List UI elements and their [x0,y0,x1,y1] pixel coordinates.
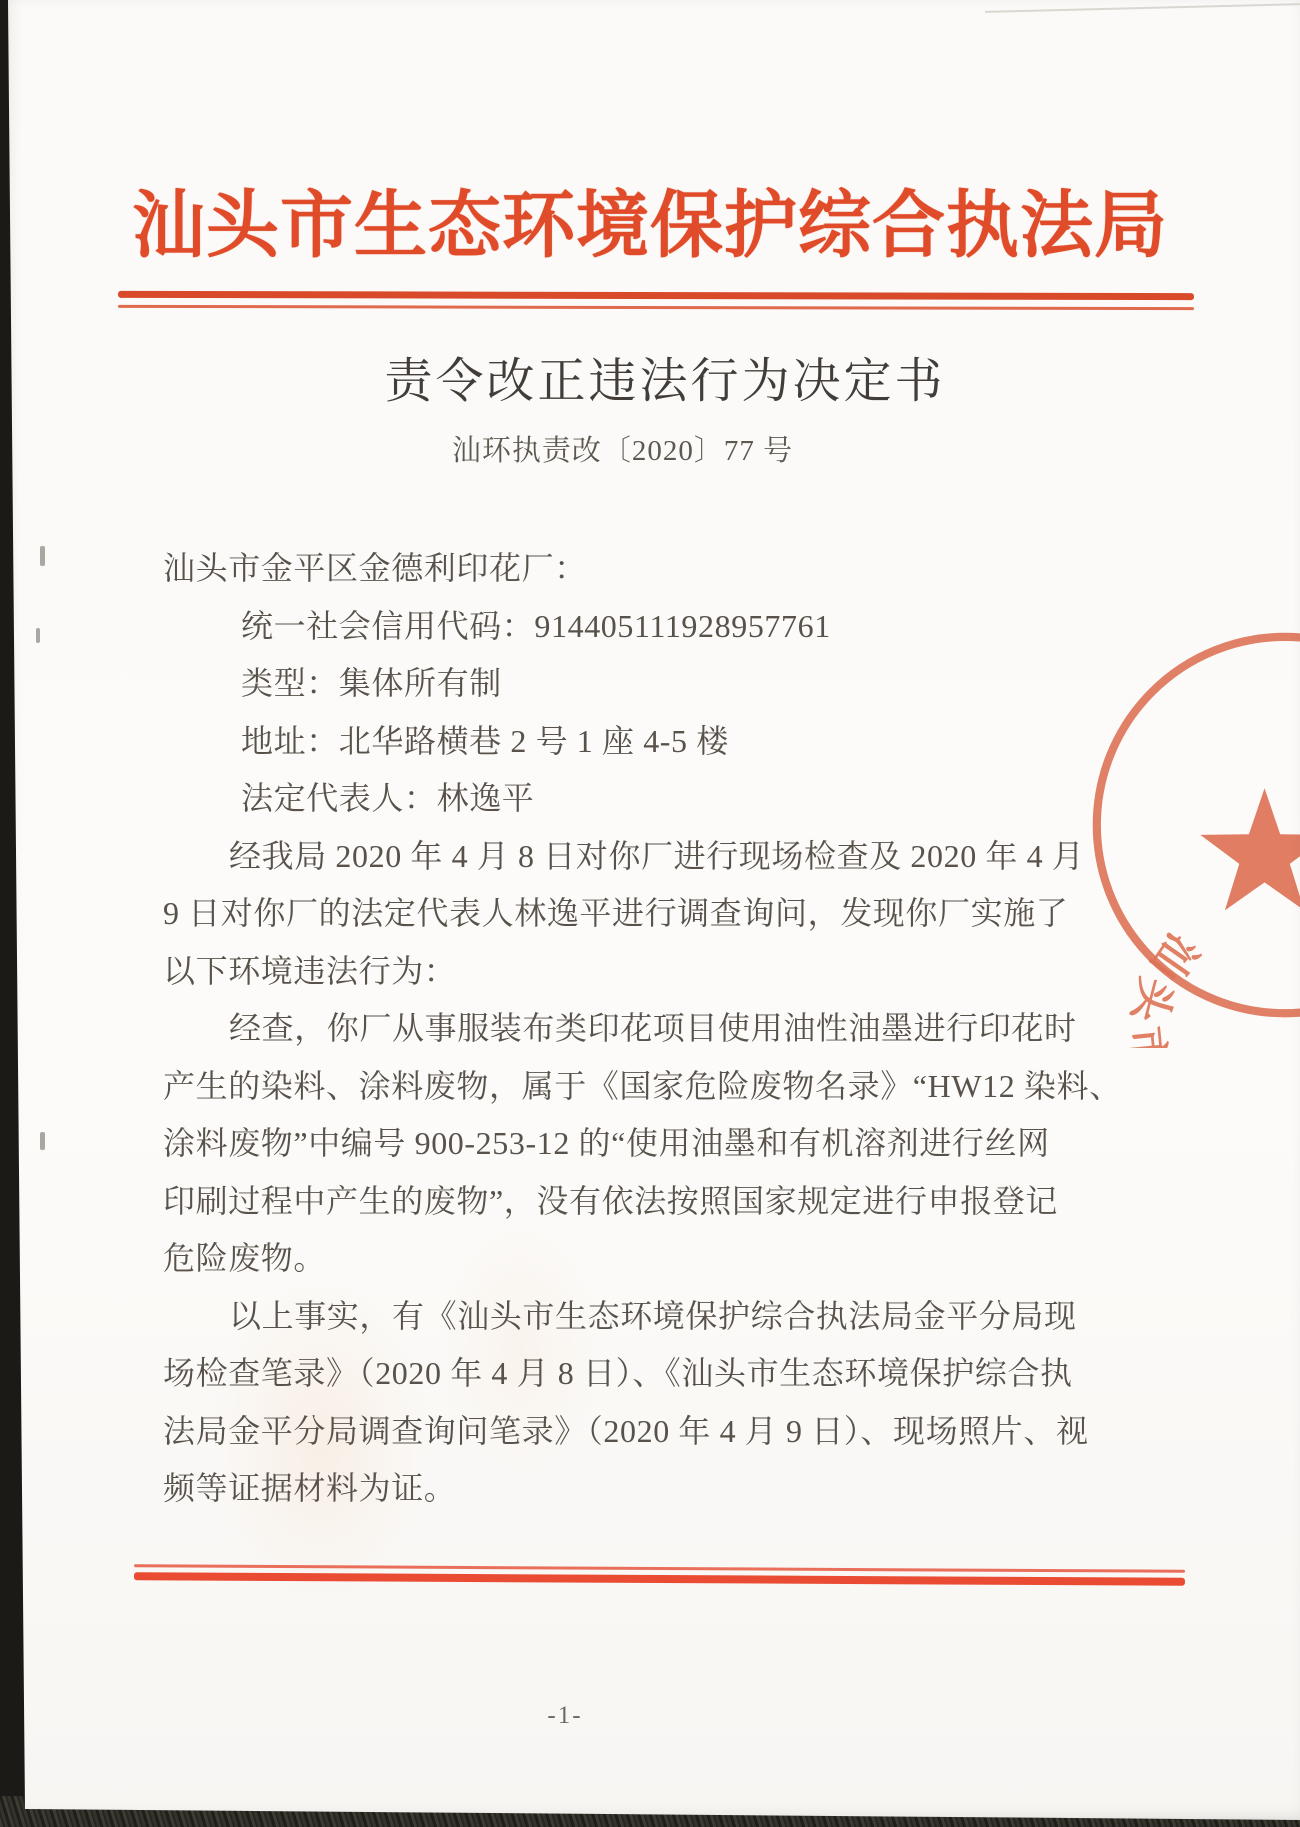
body-line: 以下环境违法行为： [163,943,1138,1001]
body-line: 经查，你厂从事服装布类印花项目使用油性油墨进行印花时 [163,1000,1138,1058]
body-line-address: 地址：北华路横巷 2 号 1 座 4-5 楼 [163,713,1138,771]
page-number: -1- [0,1702,1130,1730]
body-line: 以上事实，有《汕头市生态环境保护综合执法局金平分局现 [163,1288,1138,1346]
body-line: 涂料废物”中编号 900-253-12 的“使用油墨和有机溶剂进行丝网 [163,1115,1138,1173]
body-line: 危险废物。 [163,1230,1138,1288]
document-page: 汕头市生态环境保护综合执法局 责令改正违法行为决定书 汕环执责改〔2020〕77… [0,0,1300,1827]
body-line: 9 日对你厂的法定代表人林逸平进行调查询问，发现你厂实施了 [163,885,1138,943]
paper-edge-artifact [985,3,1300,13]
body-line: 频等证据材料为证。 [163,1460,1138,1518]
footer-rule-thin [134,1564,1185,1573]
body-line-type: 类型：集体所有制 [163,655,1138,713]
body-line-legal-rep: 法定代表人：林逸平 [163,770,1138,828]
body-line: 法局金平分局调查询问笔录》（2020 年 4 月 9 日）、现场照片、视 [163,1403,1138,1461]
header-rule [118,291,1194,310]
body-line: 场检查笔录》（2020 年 4 月 8 日）、《汕头市生态环境保护综合执 [163,1345,1138,1403]
document-title: 责令改正违法行为决定书 [0,342,1300,411]
document-number: 汕环执责改〔2020〕77 号 [0,428,1245,469]
body-line: 产生的染料、涂料废物，属于《国家危险废物名录》“HW12 染料、 [163,1058,1138,1116]
seal-star-icon [1200,788,1300,910]
staple-mark [40,546,45,566]
header-rule-thick [118,291,1194,300]
header-rule-thin [118,305,1194,310]
document-body: 汕头市金平区金德利印花厂： 统一社会信用代码：91440511192895776… [163,540,1138,1518]
footer-rule [134,1564,1185,1586]
body-line: 经我局 2020 年 4 月 8 日对你厂进行现场检查及 2020 年 4 月 [163,828,1138,886]
agency-header: 汕头市生态环境保护综合执法局 [0,166,1300,271]
body-line: 印刷过程中产生的废物”，没有依法按照国家规定进行申报登记 [163,1173,1138,1231]
footer-rule-thick [134,1572,1185,1586]
body-line-recipient: 汕头市金平区金德利印花厂： [163,540,1138,598]
staple-mark [40,1132,45,1150]
staple-mark [36,628,40,643]
body-line-credit-code: 统一社会信用代码：914405111928957761 [163,598,1138,656]
